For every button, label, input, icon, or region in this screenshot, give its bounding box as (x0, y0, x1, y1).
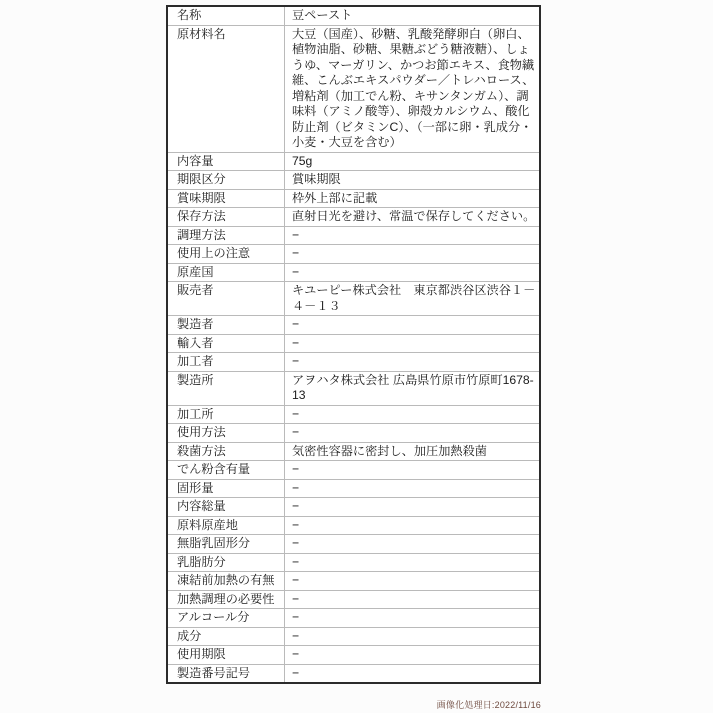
table-row: 名称 豆ペースト (168, 7, 539, 25)
table-row: 原料原産地 − (168, 516, 539, 535)
table-row: 使用上の注意 − (168, 244, 539, 263)
table-row: 製造者 − (168, 315, 539, 334)
table-row: 製造番号記号 − (168, 664, 539, 683)
row-value: − (285, 572, 539, 590)
table-row: 加熱調理の必要性 − (168, 590, 539, 609)
row-value: − (285, 498, 539, 516)
row-label: 固形量 (168, 480, 285, 498)
table-row: 製造所 アヲハタ株式会社 広島県竹原市竹原町1678-13 (168, 371, 539, 405)
row-value: − (285, 480, 539, 498)
row-value: − (285, 227, 539, 245)
row-label: 乳脂肪分 (168, 554, 285, 572)
table-row: 殺菌方法 気密性容器に密封し、加圧加熱殺菌 (168, 442, 539, 461)
table-row: 販売者 キユーピー株式会社 東京都渋谷区渋谷１－４－１３ (168, 281, 539, 315)
table-row: 賞味期限 枠外上部に記載 (168, 189, 539, 208)
row-value: 豆ペースト (285, 7, 539, 25)
row-label: 殺菌方法 (168, 443, 285, 461)
row-label: 製造者 (168, 316, 285, 334)
row-value: 気密性容器に密封し、加圧加熱殺菌 (285, 443, 539, 461)
row-label: 製造所 (168, 372, 285, 405)
row-label: 原料原産地 (168, 517, 285, 535)
row-label: 内容量 (168, 153, 285, 171)
row-label: 内容総量 (168, 498, 285, 516)
product-info-table: 名称 豆ペースト 原材料名 大豆（国産）、砂糖、乳酸発酵卵白（卵白、植物油脂、砂… (166, 5, 541, 684)
table-row: アルコール分 − (168, 608, 539, 627)
row-value: − (285, 353, 539, 371)
row-value: − (285, 406, 539, 424)
table-row: 凍結前加熱の有無 − (168, 571, 539, 590)
row-label: 保存方法 (168, 208, 285, 226)
table-row: 使用方法 − (168, 423, 539, 442)
row-label: 原産国 (168, 264, 285, 282)
row-label: 販売者 (168, 282, 285, 315)
row-label: 輸入者 (168, 335, 285, 353)
table-row: 乳脂肪分 − (168, 553, 539, 572)
table-row: 使用期限 − (168, 645, 539, 664)
table-row: 内容総量 − (168, 497, 539, 516)
row-label: 調理方法 (168, 227, 285, 245)
row-value: 枠外上部に記載 (285, 190, 539, 208)
row-label: 使用期限 (168, 646, 285, 664)
row-value: − (285, 628, 539, 646)
table-row: 輸入者 − (168, 334, 539, 353)
row-value: − (285, 609, 539, 627)
row-value: − (285, 646, 539, 664)
row-label: 使用方法 (168, 424, 285, 442)
table-row: 原産国 − (168, 263, 539, 282)
row-value: − (285, 517, 539, 535)
row-value: − (285, 591, 539, 609)
row-label: 期限区分 (168, 171, 285, 189)
table-row: 成分 − (168, 627, 539, 646)
row-label: 加工所 (168, 406, 285, 424)
row-label: アルコール分 (168, 609, 285, 627)
row-label: 加工者 (168, 353, 285, 371)
table-row: 内容量 75g (168, 152, 539, 171)
table-row: 保存方法 直射日光を避け、常温で保存してください。 (168, 207, 539, 226)
table-row: 無脂乳固形分 − (168, 534, 539, 553)
table-row: 原材料名 大豆（国産）、砂糖、乳酸発酵卵白（卵白、植物油脂、砂糖、果糖ぶどう糖液… (168, 25, 539, 152)
row-value: 75g (285, 153, 539, 171)
page: 名称 豆ペースト 原材料名 大豆（国産）、砂糖、乳酸発酵卵白（卵白、植物油脂、砂… (0, 0, 713, 713)
table-row: 調理方法 − (168, 226, 539, 245)
row-label: 無脂乳固形分 (168, 535, 285, 553)
row-value: − (285, 554, 539, 572)
table-row: 期限区分 賞味期限 (168, 170, 539, 189)
row-value: − (285, 264, 539, 282)
row-label: 凍結前加熱の有無 (168, 572, 285, 590)
row-value: − (285, 535, 539, 553)
row-value: 賞味期限 (285, 171, 539, 189)
row-label: 使用上の注意 (168, 245, 285, 263)
row-label: 賞味期限 (168, 190, 285, 208)
row-label: 製造番号記号 (168, 665, 285, 683)
row-label: 原材料名 (168, 26, 285, 152)
row-label: 加熱調理の必要性 (168, 591, 285, 609)
row-value: − (285, 665, 539, 683)
row-value: − (285, 245, 539, 263)
table-row: 加工者 − (168, 352, 539, 371)
row-value: − (285, 335, 539, 353)
row-label: でん粉含有量 (168, 461, 285, 479)
table-row: 加工所 − (168, 405, 539, 424)
row-value: 直射日光を避け、常温で保存してください。 (285, 208, 539, 226)
row-value: キユーピー株式会社 東京都渋谷区渋谷１－４－１３ (285, 282, 539, 315)
row-value: アヲハタ株式会社 広島県竹原市竹原町1678-13 (285, 372, 539, 405)
row-label: 名称 (168, 7, 285, 25)
row-value: − (285, 316, 539, 334)
table-row: 固形量 − (168, 479, 539, 498)
row-value: − (285, 424, 539, 442)
table-row: でん粉含有量 − (168, 460, 539, 479)
row-value: − (285, 461, 539, 479)
row-value: 大豆（国産）、砂糖、乳酸発酵卵白（卵白、植物油脂、砂糖、果糖ぶどう糖液糖）、しょ… (285, 26, 539, 152)
processing-date-stamp: 画像化処理日:2022/11/16 (166, 700, 541, 711)
row-label: 成分 (168, 628, 285, 646)
